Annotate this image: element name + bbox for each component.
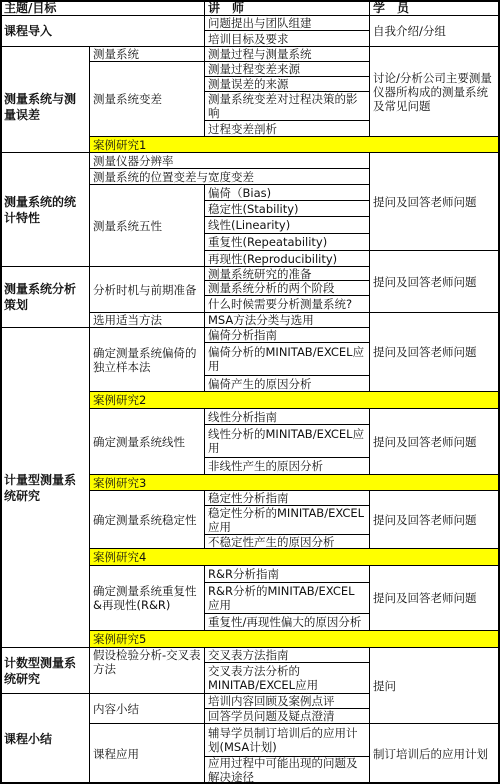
table-cell: R&R分析的MINITAB/EXCEL应用 <box>204 582 370 614</box>
cell-text: 过程变差剖析 <box>208 122 277 136</box>
cell-text: 线性分析的MINITAB/EXCEL应用 <box>208 427 366 455</box>
cell-text: 测量误差的来源 <box>208 77 289 91</box>
topic-cell: 讲 师 <box>204 0 370 16</box>
cell-text: 课程应用 <box>93 747 139 761</box>
cell-text: 交叉表方法分析的MINITAB/EXCEL应用 <box>208 664 366 692</box>
table-cell: 测量仪器分辨率 <box>89 152 370 169</box>
table-cell: 测量系统 <box>89 46 205 62</box>
cell-text: 计量型测量系统研究 <box>4 472 86 504</box>
cell-text: 不稳定性产生的原因分析 <box>208 535 335 549</box>
table-cell: 提问及回答老师问题 <box>369 250 500 313</box>
table-cell: 线性(Linearity) <box>204 216 370 234</box>
table-cell: 过程变差剖析 <box>204 120 370 137</box>
table-cell: 测量系统研究的准备 <box>204 266 370 281</box>
table-cell: 辅导学员制订培训后的应用计划(MSA计划) <box>204 723 370 757</box>
cell-text: 偏倚（Bias) <box>208 186 271 200</box>
cell-text: 提问及回答老师问题 <box>373 591 477 605</box>
cell-text: 应用过程中可能出现的问题及解决途径 <box>208 756 366 784</box>
table-cell: 培训目标及要求 <box>204 30 370 47</box>
cell-text: 确定测量系统稳定性 <box>93 513 197 527</box>
cell-text: R&R分析指南 <box>208 567 279 581</box>
cell-text: 测量系统的统计特性 <box>4 194 86 226</box>
cell-text: 问题提出与团队组建 <box>208 16 312 30</box>
topic-cell: 主题/目标 <box>0 0 205 16</box>
cell-text: 选用适当方法 <box>93 313 162 327</box>
table-cell: R&R分析指南 <box>204 565 370 583</box>
cell-text: 主题/目标 <box>4 0 56 16</box>
table-cell: 自我介绍/分组 <box>369 15 500 47</box>
cell-text: 稳定性分析的MINITAB/EXCEL应用 <box>208 506 366 534</box>
table-cell: 选用适当方法 <box>89 312 205 328</box>
table-cell: 提问及回答老师问题 <box>369 152 500 251</box>
cell-text: 测量系统的位置变差与宽度变差 <box>93 170 254 184</box>
table-cell: 确定测量系统重复性&再现性(R&R) <box>89 565 205 631</box>
case-study-row: 案例研究2 <box>89 391 500 409</box>
case-study-row: 案例研究4 <box>89 548 500 566</box>
table-cell: 稳定性分析指南 <box>204 490 370 506</box>
table-cell: 偏倚分析的MINITAB/EXCEL应用 <box>204 342 370 376</box>
table-cell: 分析时机与前期准备 <box>89 266 205 313</box>
cell-text: 计数型测量系统研究 <box>4 655 86 687</box>
cell-text: 分析时机与前期准备 <box>93 283 197 297</box>
topic-cell: 学 员 <box>369 0 500 16</box>
table-cell: 提问及回答老师问题 <box>369 565 500 631</box>
table-cell: 提问及回答老师问题 <box>369 408 500 475</box>
table-cell: 假设检验分析-交叉表方法 <box>89 647 205 694</box>
table-cell: 偏倚（Bias) <box>204 184 370 201</box>
table-cell: 回答学员问题及疑点澄清 <box>204 708 370 724</box>
topic-cell: 计量型测量系统研究 <box>0 327 90 648</box>
cell-text: 回答学员问题及疑点澄清 <box>208 709 335 723</box>
cell-text: 偏倚分析指南 <box>208 328 277 342</box>
cell-text: 确定测量系统线性 <box>93 435 185 449</box>
cell-text: 测量系统变差 <box>93 92 162 106</box>
topic-cell: 课程导入 <box>0 15 205 47</box>
cell-text: 讲 师 <box>208 0 244 16</box>
cell-text: 制订培训后的应用计划 <box>373 747 488 761</box>
cell-text: 提问及回答老师问题 <box>373 275 477 289</box>
table-cell: 交叉表方法分析的MINITAB/EXCEL应用 <box>204 662 370 694</box>
cell-text: 测量系统分析的两个阶段 <box>208 281 335 295</box>
cell-text: 重复性(Repeatability) <box>208 235 327 249</box>
table-cell: 确定测量系统线性 <box>89 408 205 475</box>
cell-text: R&R分析的MINITAB/EXCEL应用 <box>208 584 366 612</box>
cell-text: 提问及回答老师问题 <box>373 195 477 209</box>
cell-text: 测量系统分析策划 <box>4 281 86 313</box>
cell-text: 内容小结 <box>93 702 139 716</box>
cell-text: 测量过程与测量系统 <box>208 47 312 61</box>
cell-text: 稳定性分析指南 <box>208 491 289 505</box>
table-cell: 测量系统五性 <box>89 184 205 267</box>
table-cell: 稳定性(Stability) <box>204 200 370 217</box>
table-cell: 非线性产生的原因分析 <box>204 457 370 475</box>
cell-text: 案例研究1 <box>93 138 146 152</box>
cell-text: 偏倚分析的MINITAB/EXCEL应用 <box>208 345 366 373</box>
table-cell: 课程应用 <box>89 723 205 784</box>
table-cell: 不稳定性产生的原因分析 <box>204 534 370 549</box>
cell-text: MSA方法分类与选用 <box>208 313 314 327</box>
cell-text: 辅导学员制订培训后的应用计划(MSA计划) <box>208 726 366 754</box>
cell-text: 案例研究2 <box>93 393 146 407</box>
cell-text: 提问及回答老师问题 <box>373 513 477 527</box>
cell-text: 案例研究5 <box>93 632 146 646</box>
table-cell: 提问及回答老师问题 <box>369 490 500 549</box>
table-cell: 稳定性分析的MINITAB/EXCEL应用 <box>204 505 370 535</box>
table-cell: 偏倚产生的原因分析 <box>204 375 370 392</box>
case-study-row: 案例研究1 <box>89 136 500 153</box>
cell-text: 课程小结 <box>4 731 52 747</box>
cell-text: 测量系统变差对过程决策的影响 <box>208 92 366 120</box>
table-cell: 偏倚分析指南 <box>204 327 370 343</box>
cell-text: 学 员 <box>373 0 409 16</box>
cell-text: 什么时候需要分析测量系统? <box>208 297 352 311</box>
cell-text: 非线性产生的原因分析 <box>208 459 323 473</box>
table-cell: 再现性(Reproducibility) <box>204 250 370 267</box>
table-cell: 测量系统分析的两个阶段 <box>204 280 370 296</box>
table-cell: 测量系统变差对过程决策的影响 <box>204 91 370 121</box>
table-cell: 培训内容回顾及案例点评 <box>204 693 370 709</box>
table-cell: 讨论/分析公司主要测量仪器所构成的测量系统及常见问题 <box>369 46 500 137</box>
cell-text: 测量系统研究的准备 <box>208 267 312 281</box>
cell-text: 测量系统五性 <box>93 219 162 233</box>
cell-text: 交叉表方法指南 <box>208 648 289 662</box>
table-cell: 交叉表方法指南 <box>204 647 370 663</box>
table-cell: 应用过程中可能出现的问题及解决途径 <box>204 756 370 784</box>
cell-text: 线性(Linearity) <box>208 218 290 232</box>
cell-text: 再现性(Reproducibility) <box>208 252 337 266</box>
cell-text: 测量仪器分辨率 <box>93 154 174 168</box>
table-cell: 提问 <box>369 647 500 724</box>
case-study-row: 案例研究5 <box>89 630 500 648</box>
topic-cell: 课程小结 <box>0 693 90 784</box>
cell-text: 稳定性(Stability) <box>208 202 299 216</box>
cell-text: 提问及回答老师问题 <box>373 435 477 449</box>
table-cell: 提问及回答老师问题 <box>369 312 500 392</box>
topic-cell: 测量系统的统计特性 <box>0 152 90 267</box>
cell-text: 讨论/分析公司主要测量仪器所构成的测量系统及常见问题 <box>373 71 496 113</box>
cell-text: 案例研究4 <box>93 550 146 564</box>
cell-text: 偏倚产生的原因分析 <box>208 377 312 391</box>
table-cell: 重复性(Repeatability) <box>204 233 370 251</box>
table-cell: 重复性/再现性偏大的原因分析 <box>204 613 370 631</box>
course-outline-table: 主题/目标讲 师学 员课程导入问题提出与团队组建培训目标及要求自我介绍/分组测量… <box>0 0 500 784</box>
cell-text: 测量系统 <box>93 47 139 61</box>
table-cell: 内容小结 <box>89 693 205 724</box>
cell-text: 案例研究3 <box>93 476 146 490</box>
cell-text: 测量过程变差来源 <box>208 62 300 76</box>
table-cell: 确定测量系统稳定性 <box>89 490 205 549</box>
cell-text: 培训目标及要求 <box>208 32 289 46</box>
topic-cell: 测量系统与测量误差 <box>0 46 90 168</box>
cell-text: 确定测量系统偏倚的独立样本法 <box>93 346 201 374</box>
table-cell: 什么时候需要分析测量系统? <box>204 295 370 313</box>
table-cell: 测量系统的位置变差与宽度变差 <box>89 168 370 185</box>
table-cell: 线性分析指南 <box>204 408 370 425</box>
table-cell: 制订培训后的应用计划 <box>369 723 500 784</box>
table-cell: 测量过程变差来源 <box>204 61 370 77</box>
table-cell: 测量系统变差 <box>89 61 205 137</box>
table-cell: MSA方法分类与选用 <box>204 312 370 328</box>
table-cell: 确定测量系统偏倚的独立样本法 <box>89 327 205 392</box>
topic-cell: 测量系统分析策划 <box>0 266 90 328</box>
cell-text: 提问 <box>373 679 396 693</box>
cell-text: 线性分析指南 <box>208 410 277 424</box>
cell-text: 重复性/再现性偏大的原因分析 <box>208 615 361 629</box>
topic-cell: 计数型测量系统研究 <box>0 647 90 694</box>
table-cell: 测量过程与测量系统 <box>204 46 370 62</box>
cell-text: 测量系统与测量误差 <box>4 91 86 123</box>
cell-text: 培训内容回顾及案例点评 <box>208 694 335 708</box>
cell-text: 假设检验分析-交叉表方法 <box>93 648 201 676</box>
table-cell: 测量误差的来源 <box>204 76 370 92</box>
case-study-row: 案例研究3 <box>89 474 500 491</box>
cell-text: 自我介绍/分组 <box>373 24 446 38</box>
table-cell: 线性分析的MINITAB/EXCEL应用 <box>204 424 370 458</box>
table-cell: 问题提出与团队组建 <box>204 15 370 31</box>
cell-text: 课程导入 <box>4 23 52 39</box>
cell-text: 确定测量系统重复性&再现性(R&R) <box>93 584 201 612</box>
cell-text: 提问及回答老师问题 <box>373 345 477 359</box>
